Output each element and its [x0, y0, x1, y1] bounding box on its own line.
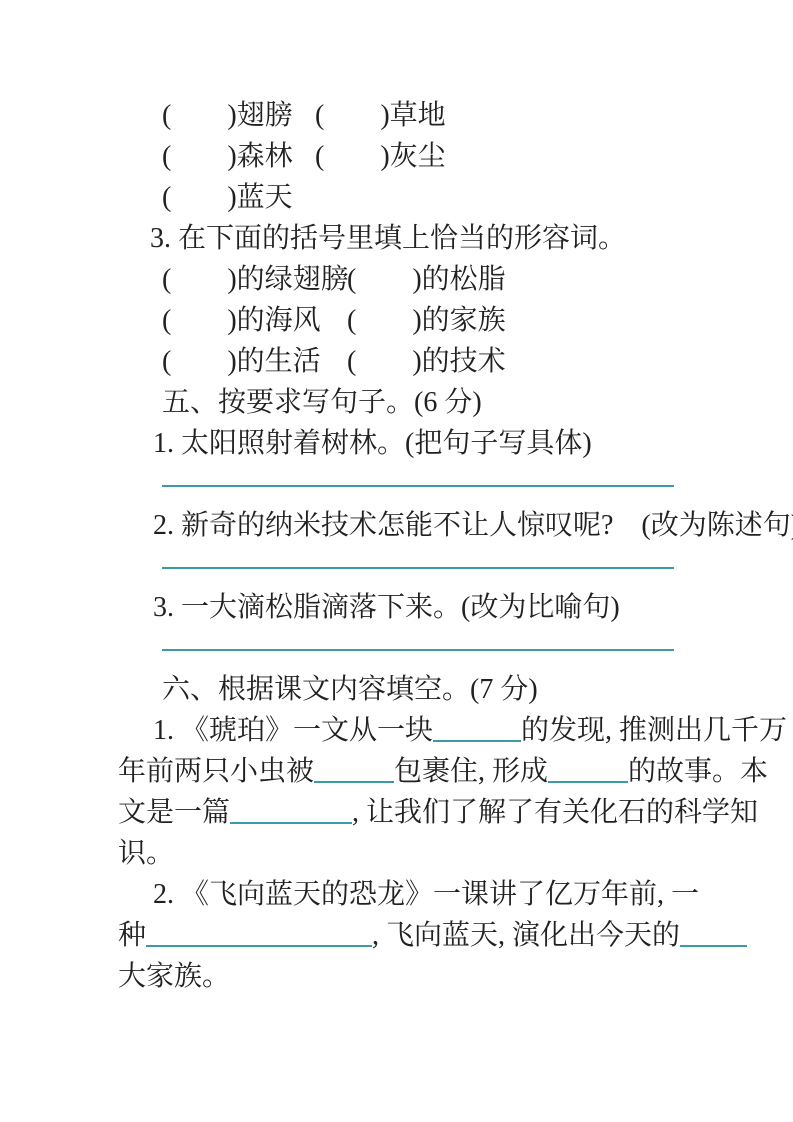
- blank-word-cell: ( )森林: [162, 136, 315, 177]
- question-text: 2. 新奇的纳米技术怎能不让人惊叹呢? (改为陈述句): [153, 510, 793, 541]
- fill-in-line: 2. 《飞向蓝天的恐龙》一课讲了亿万年前, 一: [118, 874, 718, 915]
- blank-word-cell: ( )草地: [315, 100, 446, 131]
- section-heading-text: 六、根据课文内容填空。(7 分): [162, 674, 538, 705]
- answer-writing-line: [162, 567, 674, 569]
- blank-word-cell: ( )的海风: [162, 300, 347, 341]
- adjective-blank-row: ( )的海风( )的家族: [118, 300, 718, 341]
- question-text: 1. 《琥珀》一文从一块: [153, 715, 433, 746]
- sentence-question-item: 1. 太阳照射着树林。(把句子写具体): [118, 423, 718, 464]
- blank-word-cell: ( )翅膀: [162, 95, 315, 136]
- blank-word-cell: ( )的绿翅膀: [162, 259, 347, 300]
- question-prompt-text: 3. 在下面的括号里填上恰当的形容词。: [150, 223, 626, 254]
- question-text: 年前两只小虫被: [118, 756, 314, 787]
- blank-word-cell: ( )的松脂: [347, 264, 506, 295]
- word-blank-row: ( )森林( )灰尘: [118, 136, 718, 177]
- question-text: 3. 一大滴松脂滴落下来。(改为比喻句): [153, 592, 620, 623]
- answer-space: [118, 546, 718, 587]
- fill-in-line: 识。: [118, 833, 718, 874]
- fill-in-line: 种, 飞向蓝天, 演化出今天的: [118, 915, 718, 956]
- question-text: 的故事。本: [628, 756, 768, 787]
- answer-space: [118, 628, 718, 669]
- worksheet-page: ( )翅膀( )草地 ( )森林( )灰尘 ( )蓝天 3. 在下面的括号里填上…: [0, 0, 793, 1122]
- blank-word-cell: ( )的技术: [347, 346, 506, 377]
- question-text: 的发现, 推测出几千万: [521, 715, 787, 746]
- blank-word-cell: ( )的家族: [347, 305, 506, 336]
- question-text: , 让我们了解了有关化石的科学知: [352, 797, 758, 828]
- inline-fill-blank: [230, 821, 352, 824]
- adjective-blank-row: ( )的绿翅膀( )的松脂: [118, 259, 718, 300]
- question-text: 识。: [118, 838, 174, 869]
- blank-word-cell: ( )蓝天: [162, 177, 315, 218]
- question-text: 包裹住, 形成: [394, 756, 548, 787]
- question-text: 大家族。: [118, 961, 230, 992]
- inline-fill-blank: [314, 780, 394, 783]
- inline-fill-blank: [433, 739, 521, 742]
- answer-writing-line: [162, 649, 674, 651]
- word-blank-row: ( )翅膀( )草地: [118, 95, 718, 136]
- blank-word-cell: ( )的生活: [162, 341, 347, 382]
- sentence-question-item: 3. 一大滴松脂滴落下来。(改为比喻句): [118, 587, 718, 628]
- fill-in-line: 1. 《琥珀》一文从一块的发现, 推测出几千万: [118, 710, 718, 751]
- question-text: 文是一篇: [118, 797, 230, 828]
- question-text: 种: [118, 920, 146, 951]
- fill-in-line: 年前两只小虫被包裹住, 形成的故事。本: [118, 751, 718, 792]
- answer-writing-line: [162, 485, 674, 487]
- inline-fill-blank: [146, 944, 372, 947]
- adjective-blank-row: ( )的生活( )的技术: [118, 341, 718, 382]
- question-prompt: 3. 在下面的括号里填上恰当的形容词。: [118, 218, 718, 259]
- question-text: , 飞向蓝天, 演化出今天的: [372, 920, 680, 951]
- word-blank-row: ( )蓝天: [118, 177, 718, 218]
- section-five-heading: 五、按要求写句子。(6 分): [118, 382, 718, 423]
- fill-in-line: 大家族。: [118, 956, 718, 997]
- question-text: 1. 太阳照射着树林。(把句子写具体): [153, 428, 592, 459]
- sentence-question-item: 2. 新奇的纳米技术怎能不让人惊叹呢? (改为陈述句): [118, 505, 718, 546]
- question-text: 2. 《飞向蓝天的恐龙》一课讲了亿万年前, 一: [153, 879, 699, 910]
- fill-in-line: 文是一篇, 让我们了解了有关化石的科学知: [118, 792, 718, 833]
- blank-word-cell: ( )灰尘: [315, 141, 446, 172]
- answer-space: [118, 464, 718, 505]
- section-heading-text: 五、按要求写句子。(6 分): [162, 387, 482, 418]
- inline-fill-blank: [548, 780, 628, 783]
- inline-fill-blank: [680, 944, 747, 947]
- page-content: ( )翅膀( )草地 ( )森林( )灰尘 ( )蓝天 3. 在下面的括号里填上…: [118, 95, 718, 997]
- section-six-heading: 六、根据课文内容填空。(7 分): [118, 669, 718, 710]
